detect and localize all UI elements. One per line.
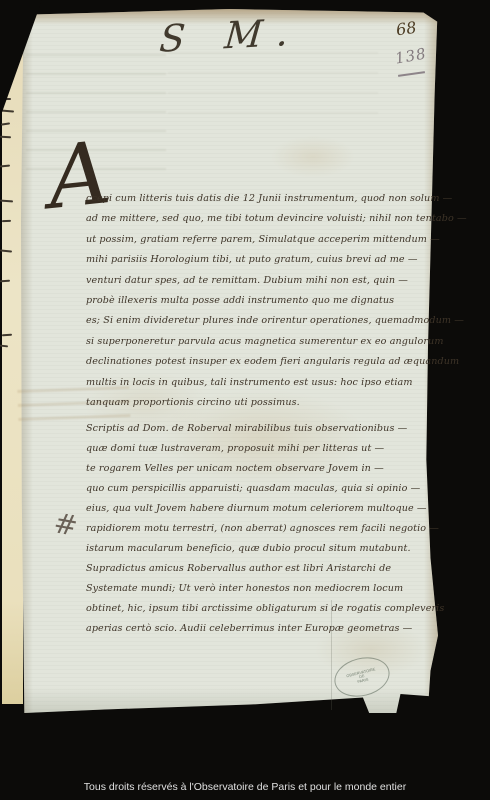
- copyright-caption: Tous droits réservés à l'Observatoire de…: [0, 781, 490, 793]
- manuscript-line: probè illexeris multa posse addi instrum…: [86, 291, 438, 311]
- letter-paragraph-2: Scriptis ad Dom. de Roberval mirabilibus…: [86, 419, 438, 639]
- letter-salutation-monogram: S M.: [154, 10, 308, 61]
- manuscript-line: te rogarem Velles per unicam noctem obse…: [86, 459, 438, 479]
- manuscript-line: obtinet, hic, ipsum tibi arctissime obli…: [86, 599, 438, 619]
- manuscript-line: ad me mittere, sed quo, me tibi totum de…: [86, 209, 438, 229]
- manuscript-line: quæ domi tuæ lustraveram, proposuit mihi…: [86, 439, 438, 459]
- manuscript-line: eius, qua vult Jovem habere diurnum motu…: [86, 499, 438, 519]
- ink-bleedthrough: [168, 52, 378, 116]
- manuscript-line: ut possim, gratiam referre parem, Simula…: [86, 230, 438, 250]
- manuscript-line: declinationes potest insuper ex eodem fi…: [86, 352, 438, 372]
- manuscript-line: ccepi cum litteris tuis datis die 12 Jun…: [86, 189, 438, 209]
- manuscript-line: es; Si enim divideretur plures inde orir…: [86, 311, 438, 331]
- letter-paragraph-1: ccepi cum litteris tuis datis die 12 Jun…: [86, 189, 438, 413]
- manuscript-line: venturi datur spes, ad te remittam. Dubi…: [86, 271, 438, 291]
- manuscript-line: multis in locis in quibus, tali instrume…: [86, 373, 438, 393]
- manuscript-line: rapidiorem motu terrestri, (non aberrat)…: [86, 519, 438, 539]
- manuscript-line: Systemate mundi; Ut verò inter honestos …: [86, 579, 438, 599]
- manuscript-line: quo cum perspicillis apparuisti; quasdam…: [86, 479, 438, 499]
- manuscript-line: Supradictus amicus Robervallus author es…: [86, 559, 438, 579]
- manuscript-line: aperias certò scio. Audii celeberrimus i…: [86, 619, 438, 639]
- manuscript-line: si superponeretur parvula acus magnetica…: [86, 332, 438, 352]
- manuscript-line: istarum macularum beneficio, quæ dubio p…: [86, 539, 438, 559]
- manuscript-line: Scriptis ad Dom. de Roberval mirabilibus…: [86, 419, 438, 439]
- manuscript-photo: S M. 68 138 A ccepi cum litteris tuis da…: [0, 0, 490, 800]
- folio-number-ink: 68: [395, 18, 418, 40]
- manuscript-line: tanquam proportionis circino uti possimu…: [86, 393, 438, 413]
- photo-corner-shadow: [0, 0, 42, 118]
- manuscript-line: mihi parisiis Horologium tibi, ut puto g…: [86, 250, 438, 270]
- facing-page-edge: [2, 16, 23, 704]
